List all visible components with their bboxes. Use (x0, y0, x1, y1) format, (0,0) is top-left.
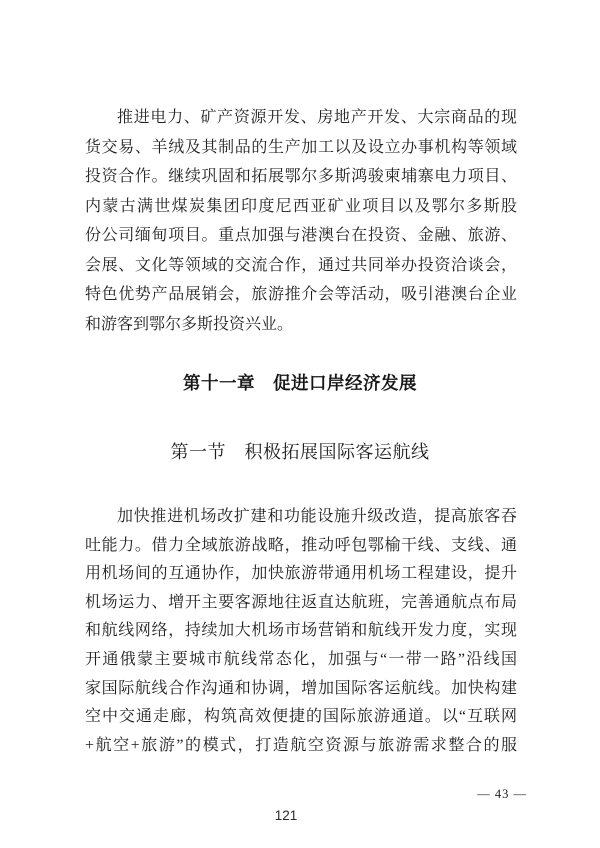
section-heading: 第一节 积极拓展国际客运航线 (0, 438, 600, 464)
paragraph-line: +航空+旅游”的模式，打造航空资源与旅游需求整合的服 (85, 732, 517, 761)
paragraph-line: 用机场间的互通协作，加快旅游带通用机场工程建设，提升 (85, 560, 517, 589)
paragraph-investment-cooperation: 推进电力、矿产资源开发、房地产开发、大宗商品的现 货交易、羊绒及其制品的生产加工… (85, 103, 517, 339)
paragraph-line: 货交易、羊绒及其制品的生产加工以及设立办事机构等领域 (85, 133, 517, 163)
paragraph-line: 会展、文化等领域的交流合作，通过共同举办投资洽谈会， (85, 251, 517, 281)
paragraph-line: 家国际航线合作沟通和协调，增加国际客运航线。加快构建 (85, 675, 517, 704)
paragraph-line: 和游客到鄂尔多斯投资兴业。 (85, 310, 517, 340)
paragraph-line: 加快推进机场改扩建和功能设施升级改造，提高旅客吞 (85, 503, 517, 532)
document-page: 推进电力、矿产资源开发、房地产开发、大宗商品的现 货交易、羊绒及其制品的生产加工… (0, 0, 600, 848)
paragraph-line: 机场运力、增开主要客源地往返直达航班，完善通航点布局 (85, 589, 517, 618)
document-page-number: — 43 — (477, 787, 527, 802)
paragraph-line: 内蒙古满世煤炭集团印度尼西亚矿业项目以及鄂尔多斯股 (85, 192, 517, 222)
paragraph-line: 特色优势产品展销会，旅游推介会等活动，吸引港澳台企业 (85, 280, 517, 310)
paragraph-airport-expansion: 加快推进机场改扩建和功能设施升级改造，提高旅客吞 吐能力。借力全域旅游战略，推动… (85, 503, 517, 760)
paragraph-line: 吐能力。借力全域旅游战略，推动呼包鄂榆干线、支线、通 (85, 532, 517, 561)
paragraph-line: 空中交通走廊，构筑高效便捷的国际旅游通道。以“互联网 (85, 703, 517, 732)
paragraph-line: 投资合作。继续巩固和拓展鄂尔多斯鸿骏柬埔寨电力项目、 (85, 162, 517, 192)
pdf-page-number: 121 (0, 808, 572, 823)
chapter-heading: 第十一章 促进口岸经济发展 (0, 370, 600, 395)
paragraph-line: 开通俄蒙主要城市航线常态化，加强与“一带一路”沿线国 (85, 646, 517, 675)
paragraph-line: 推进电力、矿产资源开发、房地产开发、大宗商品的现 (85, 103, 517, 133)
paragraph-line: 份公司缅甸项目。重点加强与港澳台在投资、金融、旅游、 (85, 221, 517, 251)
paragraph-line: 和航线网络，持续加大机场市场营销和航线开发力度，实现 (85, 617, 517, 646)
